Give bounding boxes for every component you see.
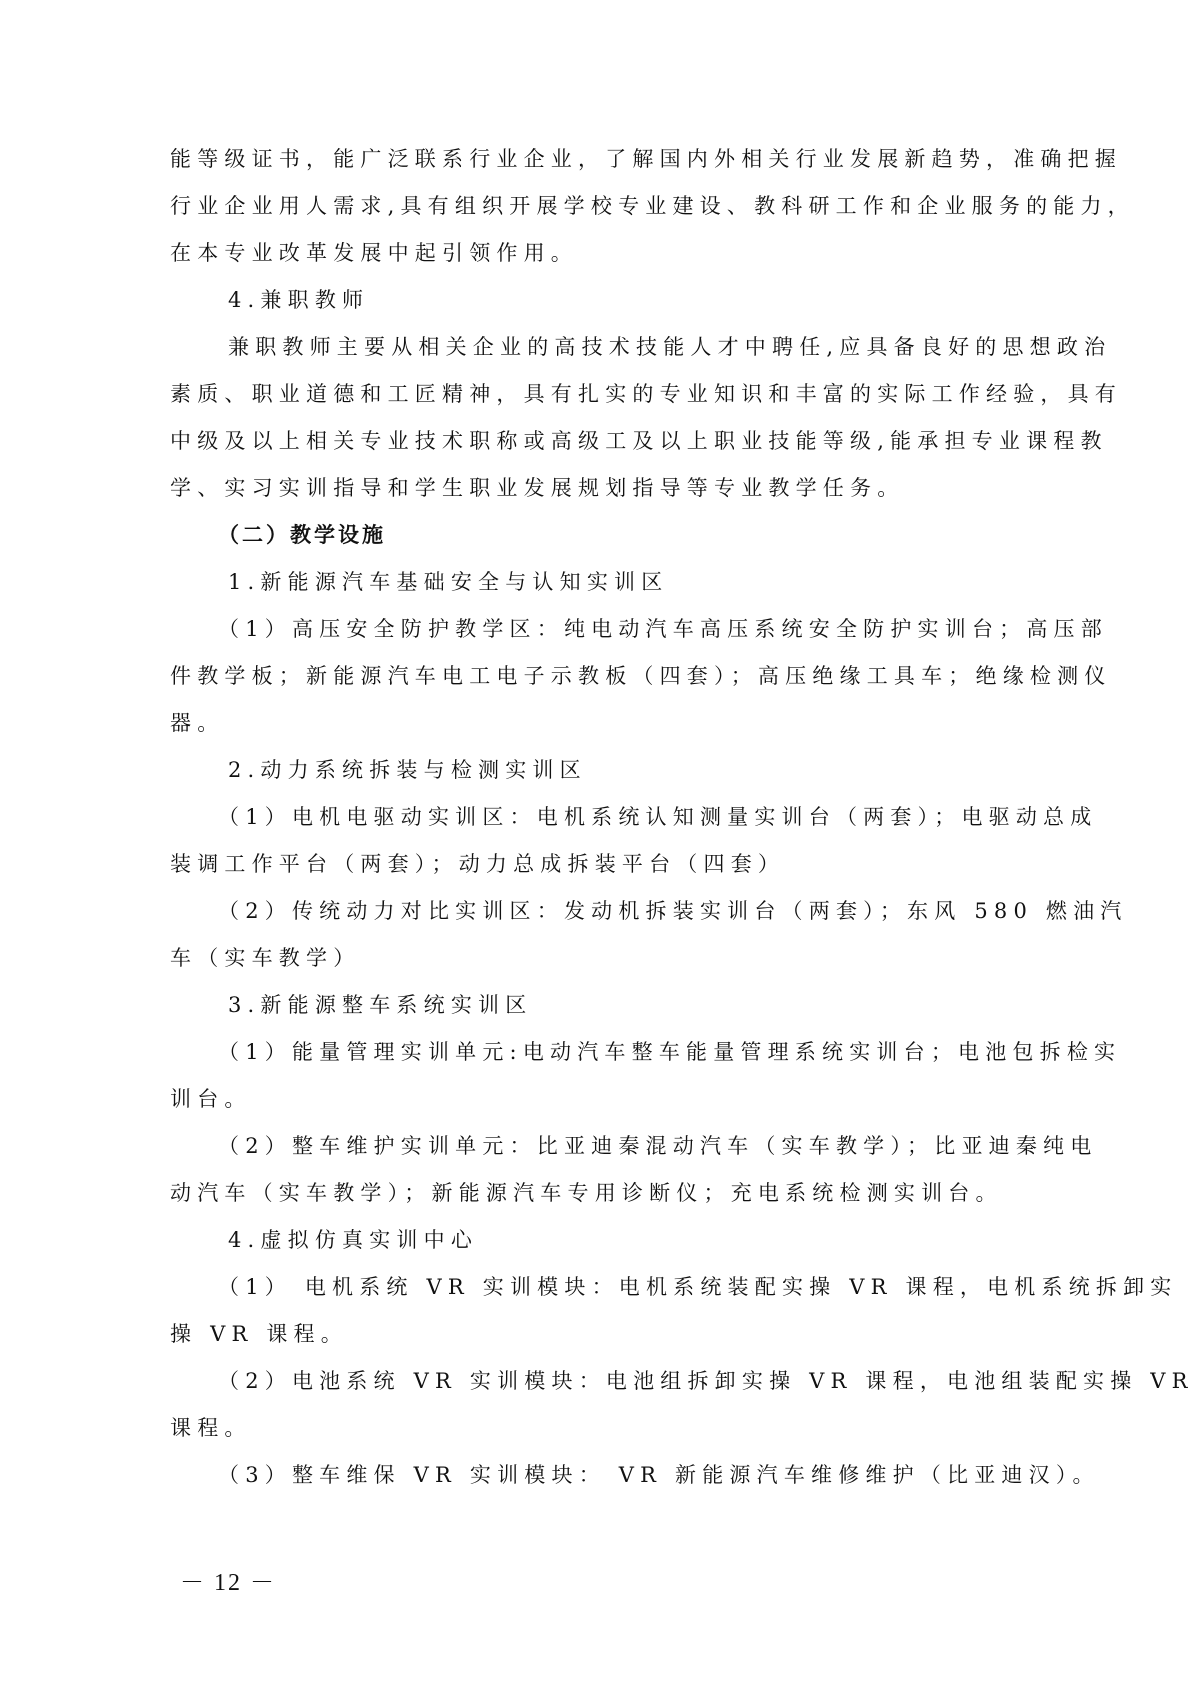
list-item: （1）高压安全防护教学区：纯电动汽车高压系统安全防护实训台；高压部 xyxy=(170,606,960,653)
document-page: 能等级证书，能广泛联系行业企业，了解国内外相关行业发展新趋势，准确把握 行业企业… xyxy=(170,136,960,1499)
paragraph-line: 学、实习实训指导和学生职业发展规划指导等专业教学任务。 xyxy=(170,465,960,512)
paragraph-line: 装调工作平台（两套）；动力总成拆装平台（四套） xyxy=(170,841,960,888)
section-heading-teaching-facilities: （二）教学设施 xyxy=(170,512,960,559)
list-item: （1）电机电驱动实训区：电机系统认知测量实训台（两套）；电驱动总成 xyxy=(170,794,960,841)
paragraph-line: 中级及以上相关专业技术职称或高级工及以上职业技能等级,能承担专业课程教 xyxy=(170,418,960,465)
subsection-heading-safety-training-area: 1.新能源汽车基础安全与认知实训区 xyxy=(170,559,960,606)
paragraph-line: 器。 xyxy=(170,700,960,747)
subsection-heading-vehicle-system-area: 3.新能源整车系统实训区 xyxy=(170,982,960,1029)
list-item: （1） 电机系统 VR 实训模块：电机系统装配实操 VR 课程，电机系统拆卸实 xyxy=(170,1264,960,1311)
paragraph-line: 兼职教师主要从相关企业的高技术技能人才中聘任,应具备良好的思想政治 xyxy=(170,324,960,371)
paragraph-line: 动汽车（实车教学）；新能源汽车专用诊断仪；充电系统检测实训台。 xyxy=(170,1170,960,1217)
subsection-heading-virtual-sim-center: 4.虚拟仿真实训中心 xyxy=(170,1217,960,1264)
paragraph-line: 行业企业用人需求,具有组织开展学校专业建设、教科研工作和企业服务的能力， xyxy=(170,183,960,230)
paragraph-line: 训台。 xyxy=(170,1076,960,1123)
subsection-heading-powertrain-area: 2.动力系统拆装与检测实训区 xyxy=(170,747,960,794)
list-item: （2）整车维护实训单元：比亚迪秦混动汽车（实车教学）；比亚迪秦纯电 xyxy=(170,1123,960,1170)
paragraph-line: 课程。 xyxy=(170,1405,960,1452)
paragraph-line: 素质、职业道德和工匠精神，具有扎实的专业知识和丰富的实际工作经验，具有 xyxy=(170,371,960,418)
subsection-heading-part-time-teachers: 4.兼职教师 xyxy=(170,277,960,324)
paragraph-line: 操 VR 课程。 xyxy=(170,1311,960,1358)
list-item: （2）传统动力对比实训区：发动机拆装实训台（两套）；东风 580 燃油汽 xyxy=(170,888,960,935)
paragraph-line: 在本专业改革发展中起引领作用。 xyxy=(170,230,960,277)
paragraph-line: 车（实车教学） xyxy=(170,935,960,982)
list-item: （2）电池系统 VR 实训模块：电池组拆卸实操 VR 课程，电池组装配实操 VR xyxy=(170,1358,960,1405)
page-number: － 12 － xyxy=(180,1562,276,1597)
list-item: （3）整车维保 VR 实训模块： VR 新能源汽车维修维护（比亚迪汉）。 xyxy=(170,1452,960,1499)
paragraph-line: 件教学板；新能源汽车电工电子示教板（四套）；高压绝缘工具车；绝缘检测仪 xyxy=(170,653,960,700)
list-item: （1）能量管理实训单元:电动汽车整车能量管理系统实训台；电池包拆检实 xyxy=(170,1029,960,1076)
paragraph-line: 能等级证书，能广泛联系行业企业，了解国内外相关行业发展新趋势，准确把握 xyxy=(170,136,960,183)
